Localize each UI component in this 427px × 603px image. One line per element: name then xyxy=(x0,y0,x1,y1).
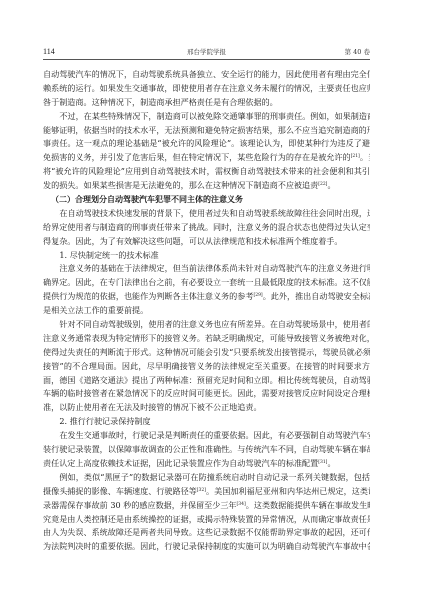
line-text-tail: 。这类数据能提供车辆在事故发生时 xyxy=(246,500,370,510)
line-text: 在发生交通事故时，行驶记录是判断责任的重要依据。因此，有必要强制自动驾驶汽车安 xyxy=(59,430,370,440)
line-text: 摄像头捕捉的影像、车辆速度、行驶路径等 xyxy=(43,486,197,496)
header-rule xyxy=(43,59,370,60)
text-line: 接管”的不合理局面。因此，尽早明确接管义务的法律规定至关重要。在接管的时间要求方 xyxy=(43,360,370,374)
line-text: 确界定。因此，在专门法律出台之前，有必要设立一套统一且最低限度的技术标准。这不仅… xyxy=(43,277,370,287)
paragraph-end-line: 是相关立法工作的重要前提。 xyxy=(43,304,370,318)
text-line: 面，德国《道路交通法》提出了两种标准：预留充足时间和立即。相比传统驾驶员，自动驾… xyxy=(43,374,370,388)
text-line: 究竟是由人类控制还是由系统操控的证据，或揭示特殊装置的异常情况，从而确定事故责任… xyxy=(43,513,370,527)
line-text: 事责任。这一观点的理论基础是“被允许的风险理论”。该理论认为，即使某种行为违反了… xyxy=(43,138,370,148)
paragraph-start-line: 针对不同自动驾驶级别，使用者的注意义务也应有所差异。在自动驾驶场景中，使用者的 xyxy=(43,318,370,332)
paragraph-start-line: 在自动驾驶技术快速发展的背景下，使用者过失和自动驾驶系统故障往往会同时出现，这 xyxy=(43,207,370,221)
subsection-heading: 1. 尽快制定统一的技术标准 xyxy=(43,249,370,263)
text-line: 将“被允许的风险理论”应用到自动驾驶技术时，需权衡自动驾驶技术带来的社会便利和其… xyxy=(43,165,370,179)
line-text: 准，以防止使用者在无法及时接管的情况下被不公正地追责。 xyxy=(43,402,262,412)
line-text-tail: 。 xyxy=(327,458,335,468)
line-text: 注意义务的基础在于法律规定，但当前法律体系尚未针对自动驾驶汽车的注意义务进行明 xyxy=(59,263,370,273)
line-text-tail: 。美国加利福尼亚州和内华达州已规定，这类记 xyxy=(206,486,370,496)
line-text: 接管”的不合理局面。因此，尽早明确接管义务的法律规定至关重要。在接管的时间要求方 xyxy=(43,361,370,371)
line-text: 是相关立法工作的重要前提。 xyxy=(43,305,148,315)
line-text: 在自动驾驶技术快速发展的背景下，使用者过失和自动驾驶系统故障往往会同时出现，这 xyxy=(59,208,370,218)
text-line: 录器需保存事故前 30 秒的感应数据，并保留至少三年[34]。这类数据能提供车辆… xyxy=(43,499,370,513)
text-line: 注意义务通常表现为特定情形下的接管义务。若缺乏明确规定，可能导致接管义务被绝对化… xyxy=(43,332,370,346)
paragraph-start-line: 在发生交通事故时，行驶记录是判断责任的重要依据。因此，有必要强制自动驾驶汽车安 xyxy=(43,429,370,443)
subsection-heading: 2. 推行行驶记录保持制度 xyxy=(43,415,370,429)
text-line: 使得过失责任的判断流于形式。这种情况可能会引发“只要系统发出接管提示，驾驶员就必… xyxy=(43,346,370,360)
citation-ref: [32] xyxy=(197,488,206,493)
line-text: 能够证明，依据当时的技术水平，无法预测和避免特定损害结果，那么不应当追究制造商的… xyxy=(43,125,370,135)
line-text: 究竟是由人类控制还是由系统操控的证据，或揭示特殊装置的异常情况，从而确定事故责任… xyxy=(43,514,370,524)
text-line: 事责任。这一观点的理论基础是“被允许的风险理论”。该理论认为，即使某种行为违反了… xyxy=(43,137,370,151)
line-text: 注意义务通常表现为特定情形下的接管义务。若缺乏明确规定，可能导致接管义务被绝对化… xyxy=(43,333,370,343)
paragraph-end-line: 准，以防止使用者在无法及时接管的情况下被不公正地追责。 xyxy=(43,401,370,415)
text-line: 给界定使用者与制造商的刑事责任带来了挑战。同时，注意义务的混合状态也使得过失认定… xyxy=(43,221,370,235)
citation-ref: [21] xyxy=(351,154,360,159)
line-text: 为法院判决时的重要依据。因此，行驶记录保持制度的实施可以为明确自动驾驶汽车事故中… xyxy=(43,541,370,551)
text-line: 车辆的临时接管者在紧急情况下的反应时间可能更长。因此，需要对接管反应时间设定合理… xyxy=(43,387,370,401)
text-line: 提供行为规范的依据，也能作为判断各主体注意义务的参考[29]。此外，推出自动驾驶… xyxy=(43,290,370,304)
volume-label: 第 40 卷 xyxy=(345,47,370,57)
line-text: 责任认定上高度依赖技术证据，因此记录装置应作为自动驾驶汽车的标准配置 xyxy=(43,458,318,468)
line-text: 使得过失责任的判断流于形式。这种情况可能会引发“只要系统发出接管提示，驾驶员就必… xyxy=(43,347,370,357)
line-text: 提供行为规范的依据，也能作为判断各主体注意义务的参考 xyxy=(43,291,253,301)
line-text: 给界定使用者与制造商的刑事责任带来了挑战。同时，注意义务的混合状态也使得过失认定… xyxy=(43,222,370,232)
running-header: 114 邢台学院学报 第 40 卷 xyxy=(43,47,370,59)
journal-title: 邢台学院学报 xyxy=(43,47,370,57)
citation-ref: [34] xyxy=(237,502,246,507)
text-line: 摄像头捕捉的影像、车辆速度、行驶路径等[32]。美国加利福尼亚州和内华达州已规定… xyxy=(43,485,370,499)
article-body: 自动驾驶汽车的情况下，自动驾驶系统具备独立、安全运行的能力，因此使用者有理由完全… xyxy=(43,68,370,554)
text-line: 免损害的义务，并引发了危害后果，但在特定情况下，某些危险行为的存在是被允许的[2… xyxy=(43,151,370,165)
paragraph-start-line: 注意义务的基础在于法律规定，但当前法律体系尚未针对自动驾驶汽车的注意义务进行明 xyxy=(43,262,370,276)
text-line: 为法院判决时的重要依据。因此，行驶记录保持制度的实施可以为明确自动驾驶汽车事故中… xyxy=(43,540,370,554)
line-text-tail: 。此外，推出自动驾驶安全标准 xyxy=(263,291,370,301)
paragraph-start-line: 不过，在某些特殊情况下，制造商可以被免除交通肇事罪的刑事责任。例如，如果制造商 xyxy=(43,110,370,124)
line-text: 装行驶记录装置，以保障事故调查的公正性和准确性。与传统汽车不同，自动驾驶车辆在事… xyxy=(43,444,370,454)
line-text: 自动驾驶汽车的情况下，自动驾驶系统具备独立、安全运行的能力，因此使用者有理由完全… xyxy=(43,69,370,79)
line-text: 咎于制造商。这种情况下，制造商承担严格责任是有合理依据的。 xyxy=(43,97,278,107)
line-text: 发的损失。如果某些损害是无法避免的，那么在这种情况下制造商不应被追责 xyxy=(43,180,318,190)
line-text: 不过，在某些特殊情况下，制造商可以被免除交通肇事罪的刑事责任。例如，如果制造商 xyxy=(59,111,370,121)
line-text: 得复杂。因此，为了有效解决这些问题，可以从法律规范和技术标准两个维度着手。 xyxy=(43,236,342,246)
paragraph-start-line: 例如，类似“黑匣子”的数据记录器可在防撞系统启动时自动记录一系列关键数据，包括 xyxy=(43,471,370,485)
text-line: 确界定。因此，在专门法律出台之前，有必要设立一套统一且最低限度的技术标准。这不仅… xyxy=(43,276,370,290)
line-text: 例如，类似“黑匣子”的数据记录器可在防撞系统启动时自动记录一系列关键数据，包括 xyxy=(59,472,370,482)
section-heading: （二）合理划分自动驾驶汽车犯罪不同主体的注意义务 xyxy=(43,193,370,207)
line-text: 录器需保存事故前 30 秒的感应数据，并保留至少三年 xyxy=(43,500,237,510)
line-text: （二）合理划分自动驾驶汽车犯罪不同主体的注意义务 xyxy=(51,195,243,204)
paragraph-end-line: 得复杂。因此，为了有效解决这些问题，可以从法律规范和技术标准两个维度着手。 xyxy=(43,235,370,249)
line-text: 免损害的义务，并引发了危害后果，但在特定情况下，某些危险行为的存在是被允许的 xyxy=(43,152,351,162)
line-text: 面，德国《道路交通法》提出了两种标准：预留充足时间和立即。相比传统驾驶员，自动驾… xyxy=(43,375,370,385)
text-line: 装行驶记录装置，以保障事故调查的公正性和准确性。与传统汽车不同，自动驾驶车辆在事… xyxy=(43,443,370,457)
line-text-tail: 。 xyxy=(327,180,335,190)
line-text: 将“被允许的风险理论”应用到自动驾驶技术时，需权衡自动驾驶技术带来的社会便利和其… xyxy=(43,166,370,176)
citation-ref: [29] xyxy=(253,293,262,298)
paragraph-end-line: 咎于制造商。这种情况下，制造商承担严格责任是有合理依据的。 xyxy=(43,96,370,110)
line-text-tail: 。当 xyxy=(360,152,370,162)
line-text: 2. 推行行驶记录保持制度 xyxy=(59,416,150,426)
paragraph-end-line: 责任认定上高度依赖技术证据，因此记录装置应作为自动驾驶汽车的标准配置[31]。 xyxy=(43,457,370,471)
line-text: 针对不同自动驾驶级别，使用者的注意义务也应有所差异。在自动驾驶场景中，使用者的 xyxy=(59,319,370,329)
text-line: 赖系统的运行。如果发生交通事故，即使使用者存在注意义务未履行的情况，主要责任也应… xyxy=(43,82,370,96)
text-line: 由人为失误、系统故障还是两者共同导致。这些记录数据不仅能帮助界定事故的起因，还可… xyxy=(43,526,370,540)
text-line: 自动驾驶汽车的情况下，自动驾驶系统具备独立、安全运行的能力，因此使用者有理由完全… xyxy=(43,68,370,82)
line-text: 车辆的临时接管者在紧急情况下的反应时间可能更长。因此，需要对接管反应时间设定合理… xyxy=(43,388,370,398)
line-text: 赖系统的运行。如果发生交通事故，即使使用者存在注意义务未履行的情况，主要责任也应… xyxy=(43,83,370,93)
line-text: 由人为失误、系统故障还是两者共同导致。这些记录数据不仅能帮助界定事故的起因，还可… xyxy=(43,527,370,537)
text-line: 能够证明，依据当时的技术水平，无法预测和避免特定损害结果，那么不应当追究制造商的… xyxy=(43,124,370,138)
paragraph-end-line: 发的损失。如果某些损害是无法避免的，那么在这种情况下制造商不应被追责[22]。 xyxy=(43,179,370,193)
line-text: 1. 尽快制定统一的技术标准 xyxy=(59,250,158,260)
